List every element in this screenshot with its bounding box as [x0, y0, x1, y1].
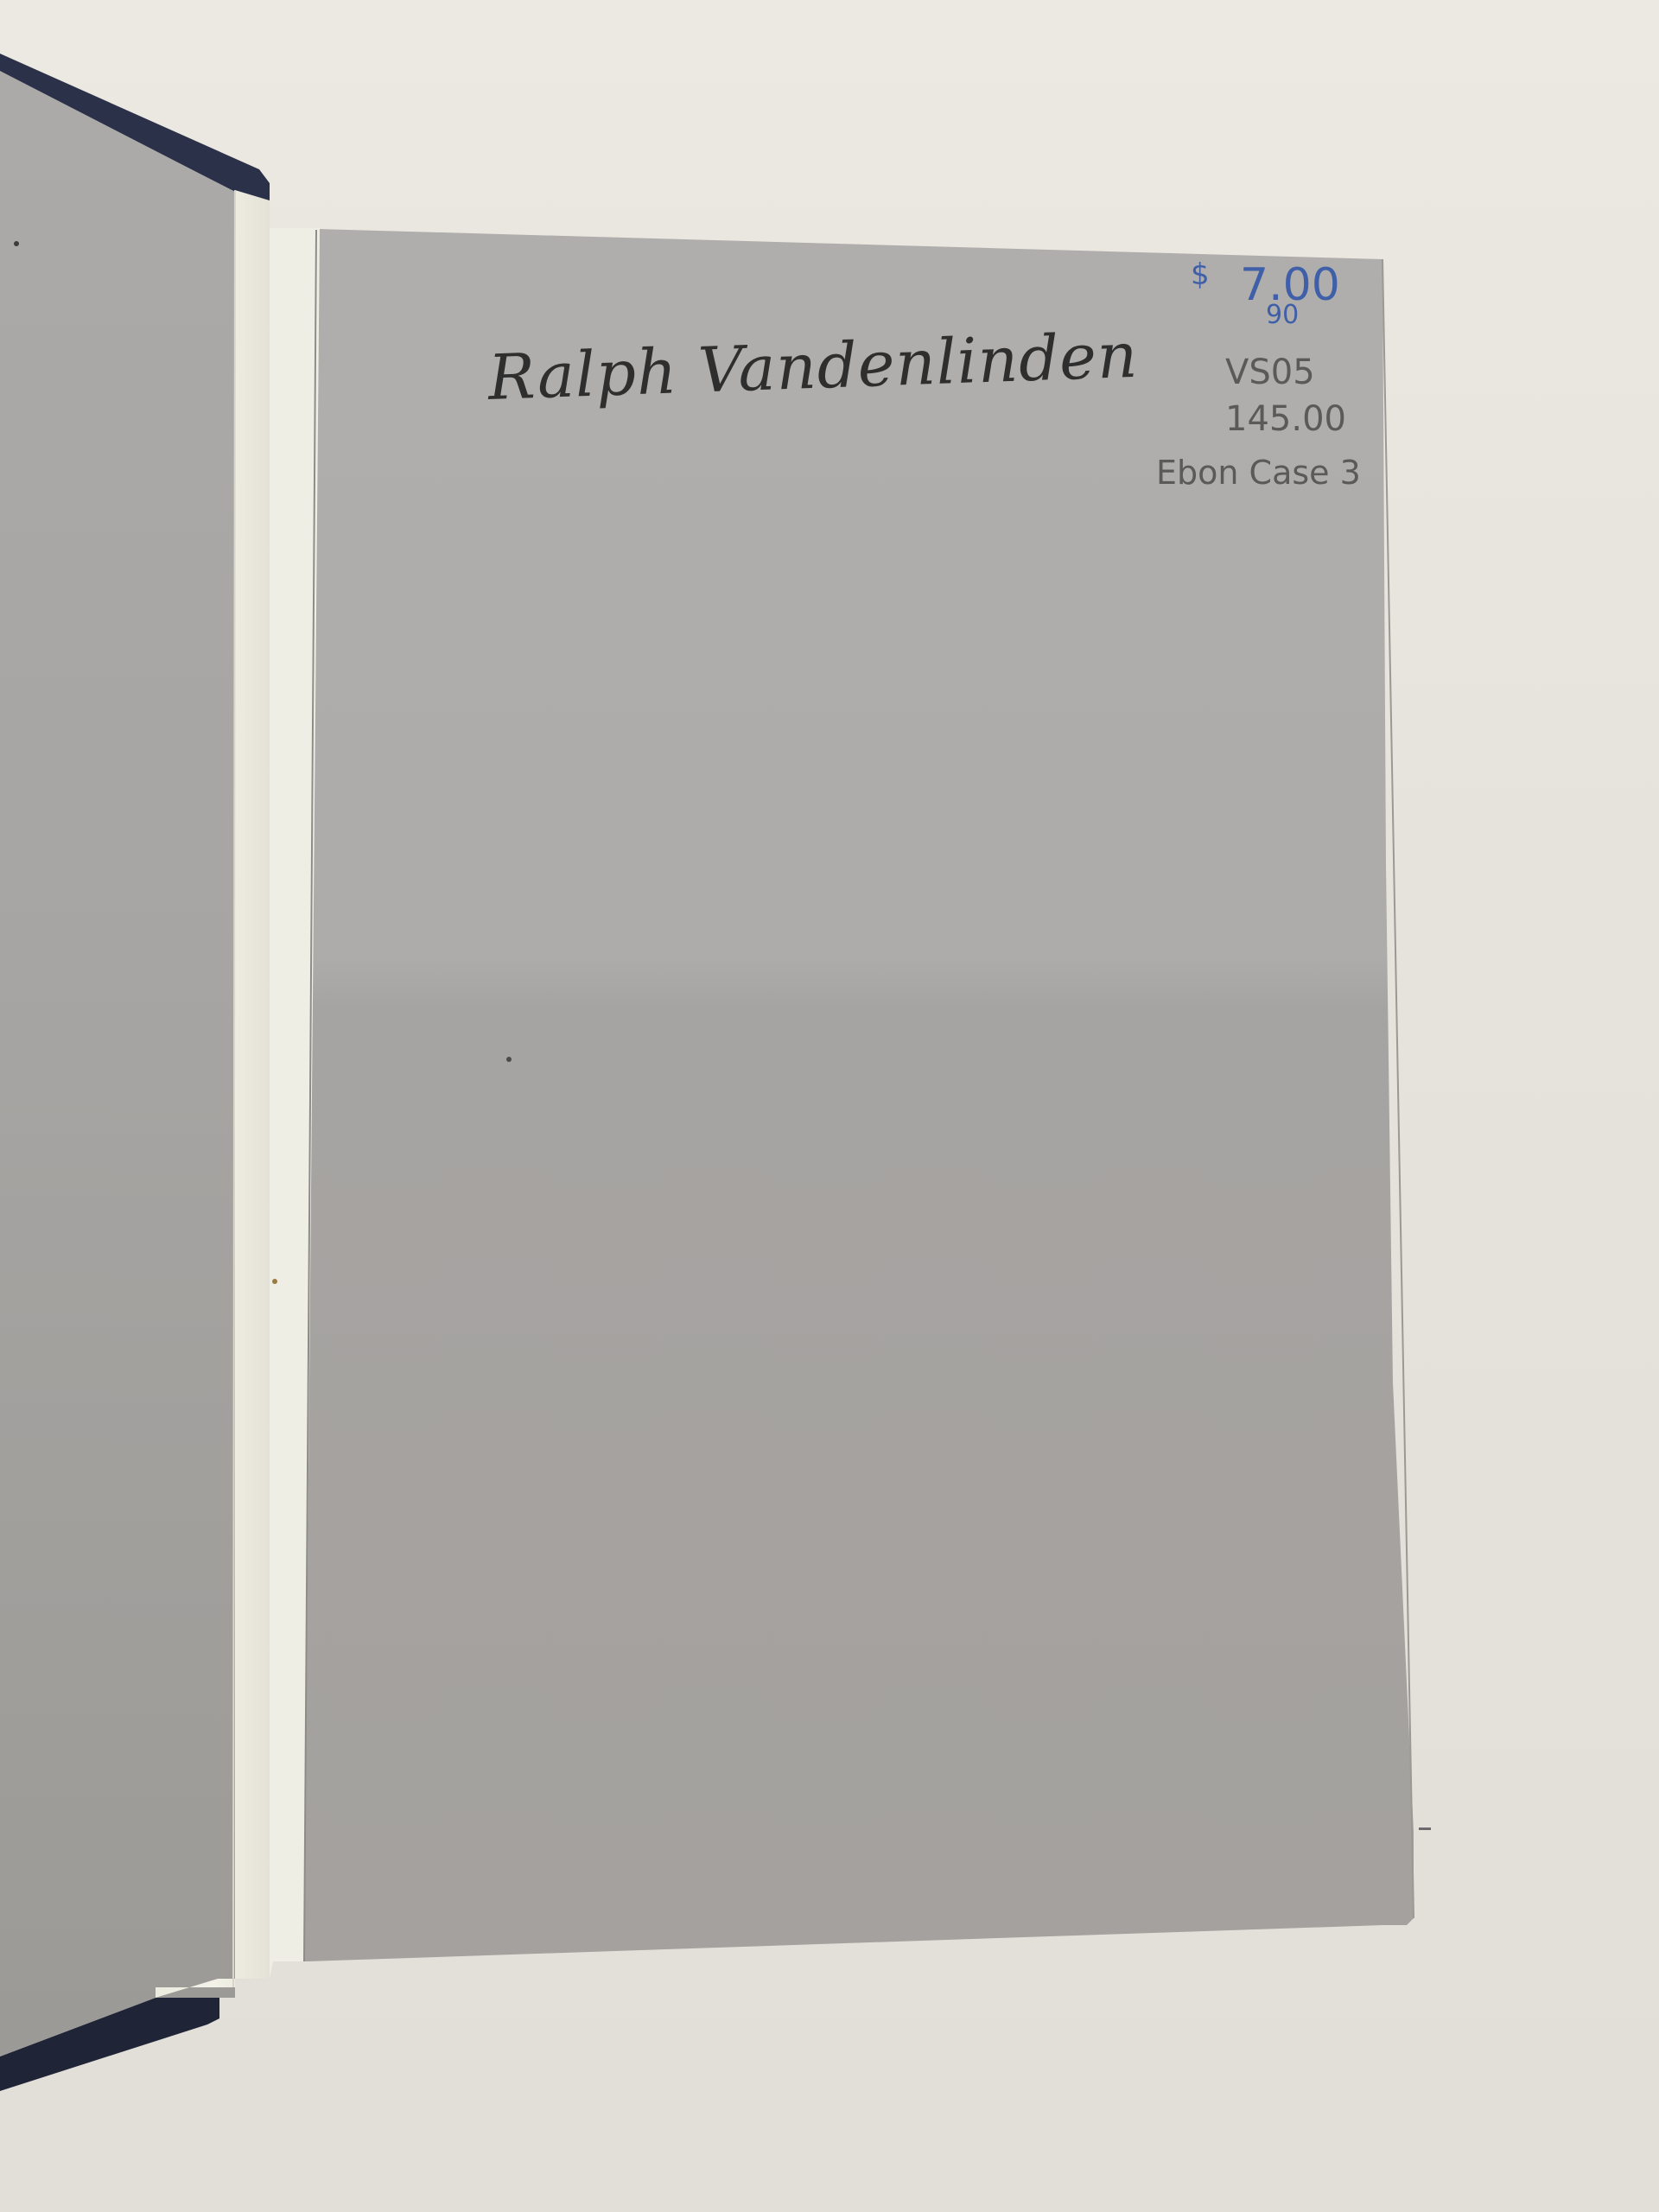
stray-pencil-mark	[1419, 1827, 1431, 1830]
price-currency-mark: $	[1191, 257, 1210, 292]
left-pastedown	[0, 71, 235, 2056]
pencil-price: 145.00	[1225, 399, 1346, 439]
pencil-inventory-code: VS05	[1225, 353, 1315, 392]
photo-background-surface: Ralph Vandenlinden $ 7.00 90 VS05 145.00…	[0, 0, 1659, 2212]
pencil-shelf-location: Ebon Case 3	[1156, 454, 1361, 492]
price-sub-mark: 90	[1266, 300, 1299, 330]
